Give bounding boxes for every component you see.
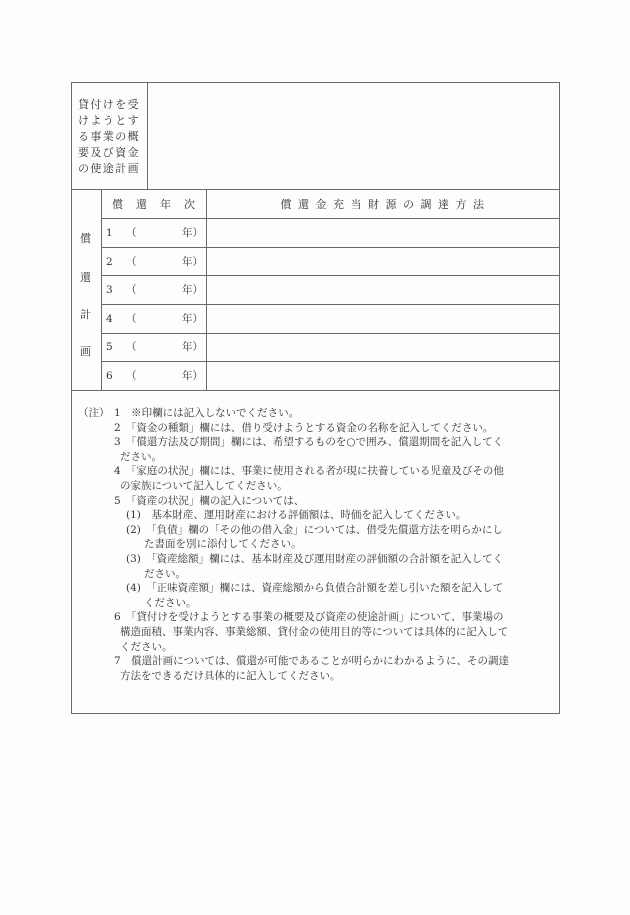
year-suffix: 年）: [182, 311, 203, 327]
note-text: (4) 「正味資産額」欄には、資産総額から負債合計額を差し引いた額を記入して: [126, 581, 503, 596]
year-suffix: 年）: [182, 368, 203, 384]
column-header-repayment-year: 償 還 年 次: [102, 196, 206, 212]
note-text: 6 「貸付けを受けようとする事業の概要及び資産の使途計画」について、事業場の: [114, 610, 504, 625]
year-suffix: 年）: [182, 282, 203, 298]
note-line: た書面を別に添付してください。: [78, 537, 558, 552]
funding-method-input-row-2[interactable]: [208, 251, 554, 275]
side-label-char: 還: [80, 269, 91, 285]
divider: [101, 275, 559, 276]
column-header-funding-method: 償 還 金 充 当 財 源 の 調 達 方 法: [207, 196, 559, 212]
divider: [72, 390, 559, 391]
side-label-char: 計: [80, 306, 91, 322]
note-text: (2) 「負債」欄の「その他の借入金」については、借受先償還方法を明らかにし: [126, 523, 503, 538]
note-line: ださい。: [78, 567, 558, 582]
note-text: 3 「償還方法及び期間」欄には、希望するものを○で囲み、償還期間を記入してく: [114, 435, 503, 450]
divider: [72, 189, 559, 190]
note-line: (1) 基本財産、運用財産における評価額は、時価を記入してください。: [78, 508, 558, 523]
year-input[interactable]: [134, 311, 186, 325]
funding-method-input-row-5[interactable]: [208, 336, 554, 360]
side-label-char: 償: [80, 230, 91, 246]
notes-heading: （注）: [78, 406, 110, 421]
note-text: 1 ※印欄には記入しないでください。: [114, 406, 299, 421]
divider: [101, 361, 559, 362]
note-line: 4 「家庭の状況」欄には、事業に使用される者が現に扶養している児童及びその他: [78, 464, 558, 479]
side-label-char: 画: [80, 343, 91, 359]
repayment-year-row-6: 6 （ 年）: [106, 368, 202, 384]
divider: [101, 333, 559, 334]
divider: [147, 83, 148, 189]
notes-section: （注） 1 ※印欄には記入しないでください。 2 「資金の種類」欄には、借り受け…: [78, 406, 558, 683]
note-line: ください。: [78, 596, 558, 611]
divider: [101, 218, 559, 219]
note-line: 5 「資産の状況」欄の記入については、: [78, 494, 558, 509]
note-line: 7 償還計画については、償還が可能であることが明らかにわかるように、その調達: [78, 654, 558, 669]
note-text: (3) 「資産総額」欄には、基本財産及び運用財産の評価額の合計額を記入してく: [126, 552, 503, 567]
repayment-year-row-3: 3 （ 年）: [106, 282, 202, 298]
year-suffix: 年）: [182, 339, 203, 355]
note-text: 5 「資産の状況」欄の記入については、: [114, 494, 304, 509]
note-line: ださい。: [78, 450, 558, 465]
year-input[interactable]: [134, 368, 186, 382]
funding-method-input-row-1[interactable]: [208, 222, 554, 246]
note-text: ださい。: [144, 567, 186, 582]
note-line: （注） 1 ※印欄には記入しないでください。: [78, 406, 558, 421]
row-number: 2: [106, 254, 113, 270]
note-line: 方法をできるだけ具体的に記入してください。: [78, 669, 558, 684]
repayment-year-row-5: 5 （ 年）: [106, 339, 202, 355]
note-text: ください。: [144, 596, 197, 611]
note-text: 構造面積、事業内容、事業総額、貸付金の使用目的等については具体的に記入して: [120, 625, 508, 640]
repayment-year-row-1: 1 （ 年）: [106, 225, 202, 241]
row-number: 4: [106, 311, 113, 327]
note-line: 2 「資金の種類」欄には、借り受けようとする資金の名称を記入してください。: [78, 421, 558, 436]
note-text: 7 償還計画については、償還が可能であることが明らかにわかるように、その調達: [114, 654, 509, 669]
funding-method-input-row-6[interactable]: [208, 365, 554, 389]
note-text: (1) 基本財産、運用財産における評価額は、時価を記入してください。: [126, 508, 466, 523]
note-line: 6 「貸付けを受けようとする事業の概要及び資産の使途計画」について、事業場の: [78, 610, 558, 625]
row-number: 6: [106, 368, 113, 384]
note-text: 4 「家庭の状況」欄には、事業に使用される者が現に扶養している児童及びその他: [114, 464, 504, 479]
row-number: 5: [106, 339, 113, 355]
note-text: 方法をできるだけ具体的に記入してください。: [120, 669, 341, 684]
funding-method-input-row-3[interactable]: [208, 279, 554, 303]
year-suffix: 年）: [182, 254, 203, 270]
divider: [101, 189, 102, 390]
form-page: 貸付けを受けようとする事業の概要及び資金の使途計画 償 還 計 画 償 還 年 …: [0, 0, 630, 915]
note-text: の家族について記入してください。: [120, 479, 288, 494]
repayment-year-row-4: 4 （ 年）: [106, 311, 202, 327]
note-line: (2) 「負債」欄の「その他の借入金」については、借受先償還方法を明らかにし: [78, 523, 558, 538]
year-input[interactable]: [134, 339, 186, 353]
note-text: た書面を別に添付してください。: [144, 537, 302, 552]
divider: [206, 189, 207, 390]
year-suffix: 年）: [182, 225, 203, 241]
divider: [101, 247, 559, 248]
note-line: ください。: [78, 640, 558, 655]
note-line: の家族について記入してください。: [78, 479, 558, 494]
loan-application-form-table: 貸付けを受けようとする事業の概要及び資金の使途計画 償 還 計 画 償 還 年 …: [71, 82, 560, 714]
note-text: 2 「資金の種類」欄には、借り受けようとする資金の名称を記入してください。: [114, 421, 493, 436]
note-line: (4) 「正味資産額」欄には、資産総額から負債合計額を差し引いた額を記入して: [78, 581, 558, 596]
year-input[interactable]: [134, 282, 186, 296]
repayment-year-row-2: 2 （ 年）: [106, 254, 202, 270]
divider: [101, 304, 559, 305]
repayment-plan-side-label: 償 還 計 画: [72, 190, 101, 391]
year-input[interactable]: [134, 225, 186, 239]
funding-method-input-row-4[interactable]: [208, 308, 554, 332]
row-number: 3: [106, 282, 113, 298]
note-text: ださい。: [120, 450, 162, 465]
note-text: ください。: [120, 640, 173, 655]
note-line: 3 「償還方法及び期間」欄には、希望するものを○で囲み、償還期間を記入してく: [78, 435, 558, 450]
year-input[interactable]: [134, 254, 186, 268]
row-number: 1: [106, 225, 113, 241]
purpose-input-area[interactable]: [150, 87, 554, 185]
purpose-label: 貸付けを受けようとする事業の概要及び資金の使途計画: [78, 97, 146, 177]
note-line: 構造面積、事業内容、事業総額、貸付金の使用目的等については具体的に記入して: [78, 625, 558, 640]
note-line: (3) 「資産総額」欄には、基本財産及び運用財産の評価額の合計額を記入してく: [78, 552, 558, 567]
